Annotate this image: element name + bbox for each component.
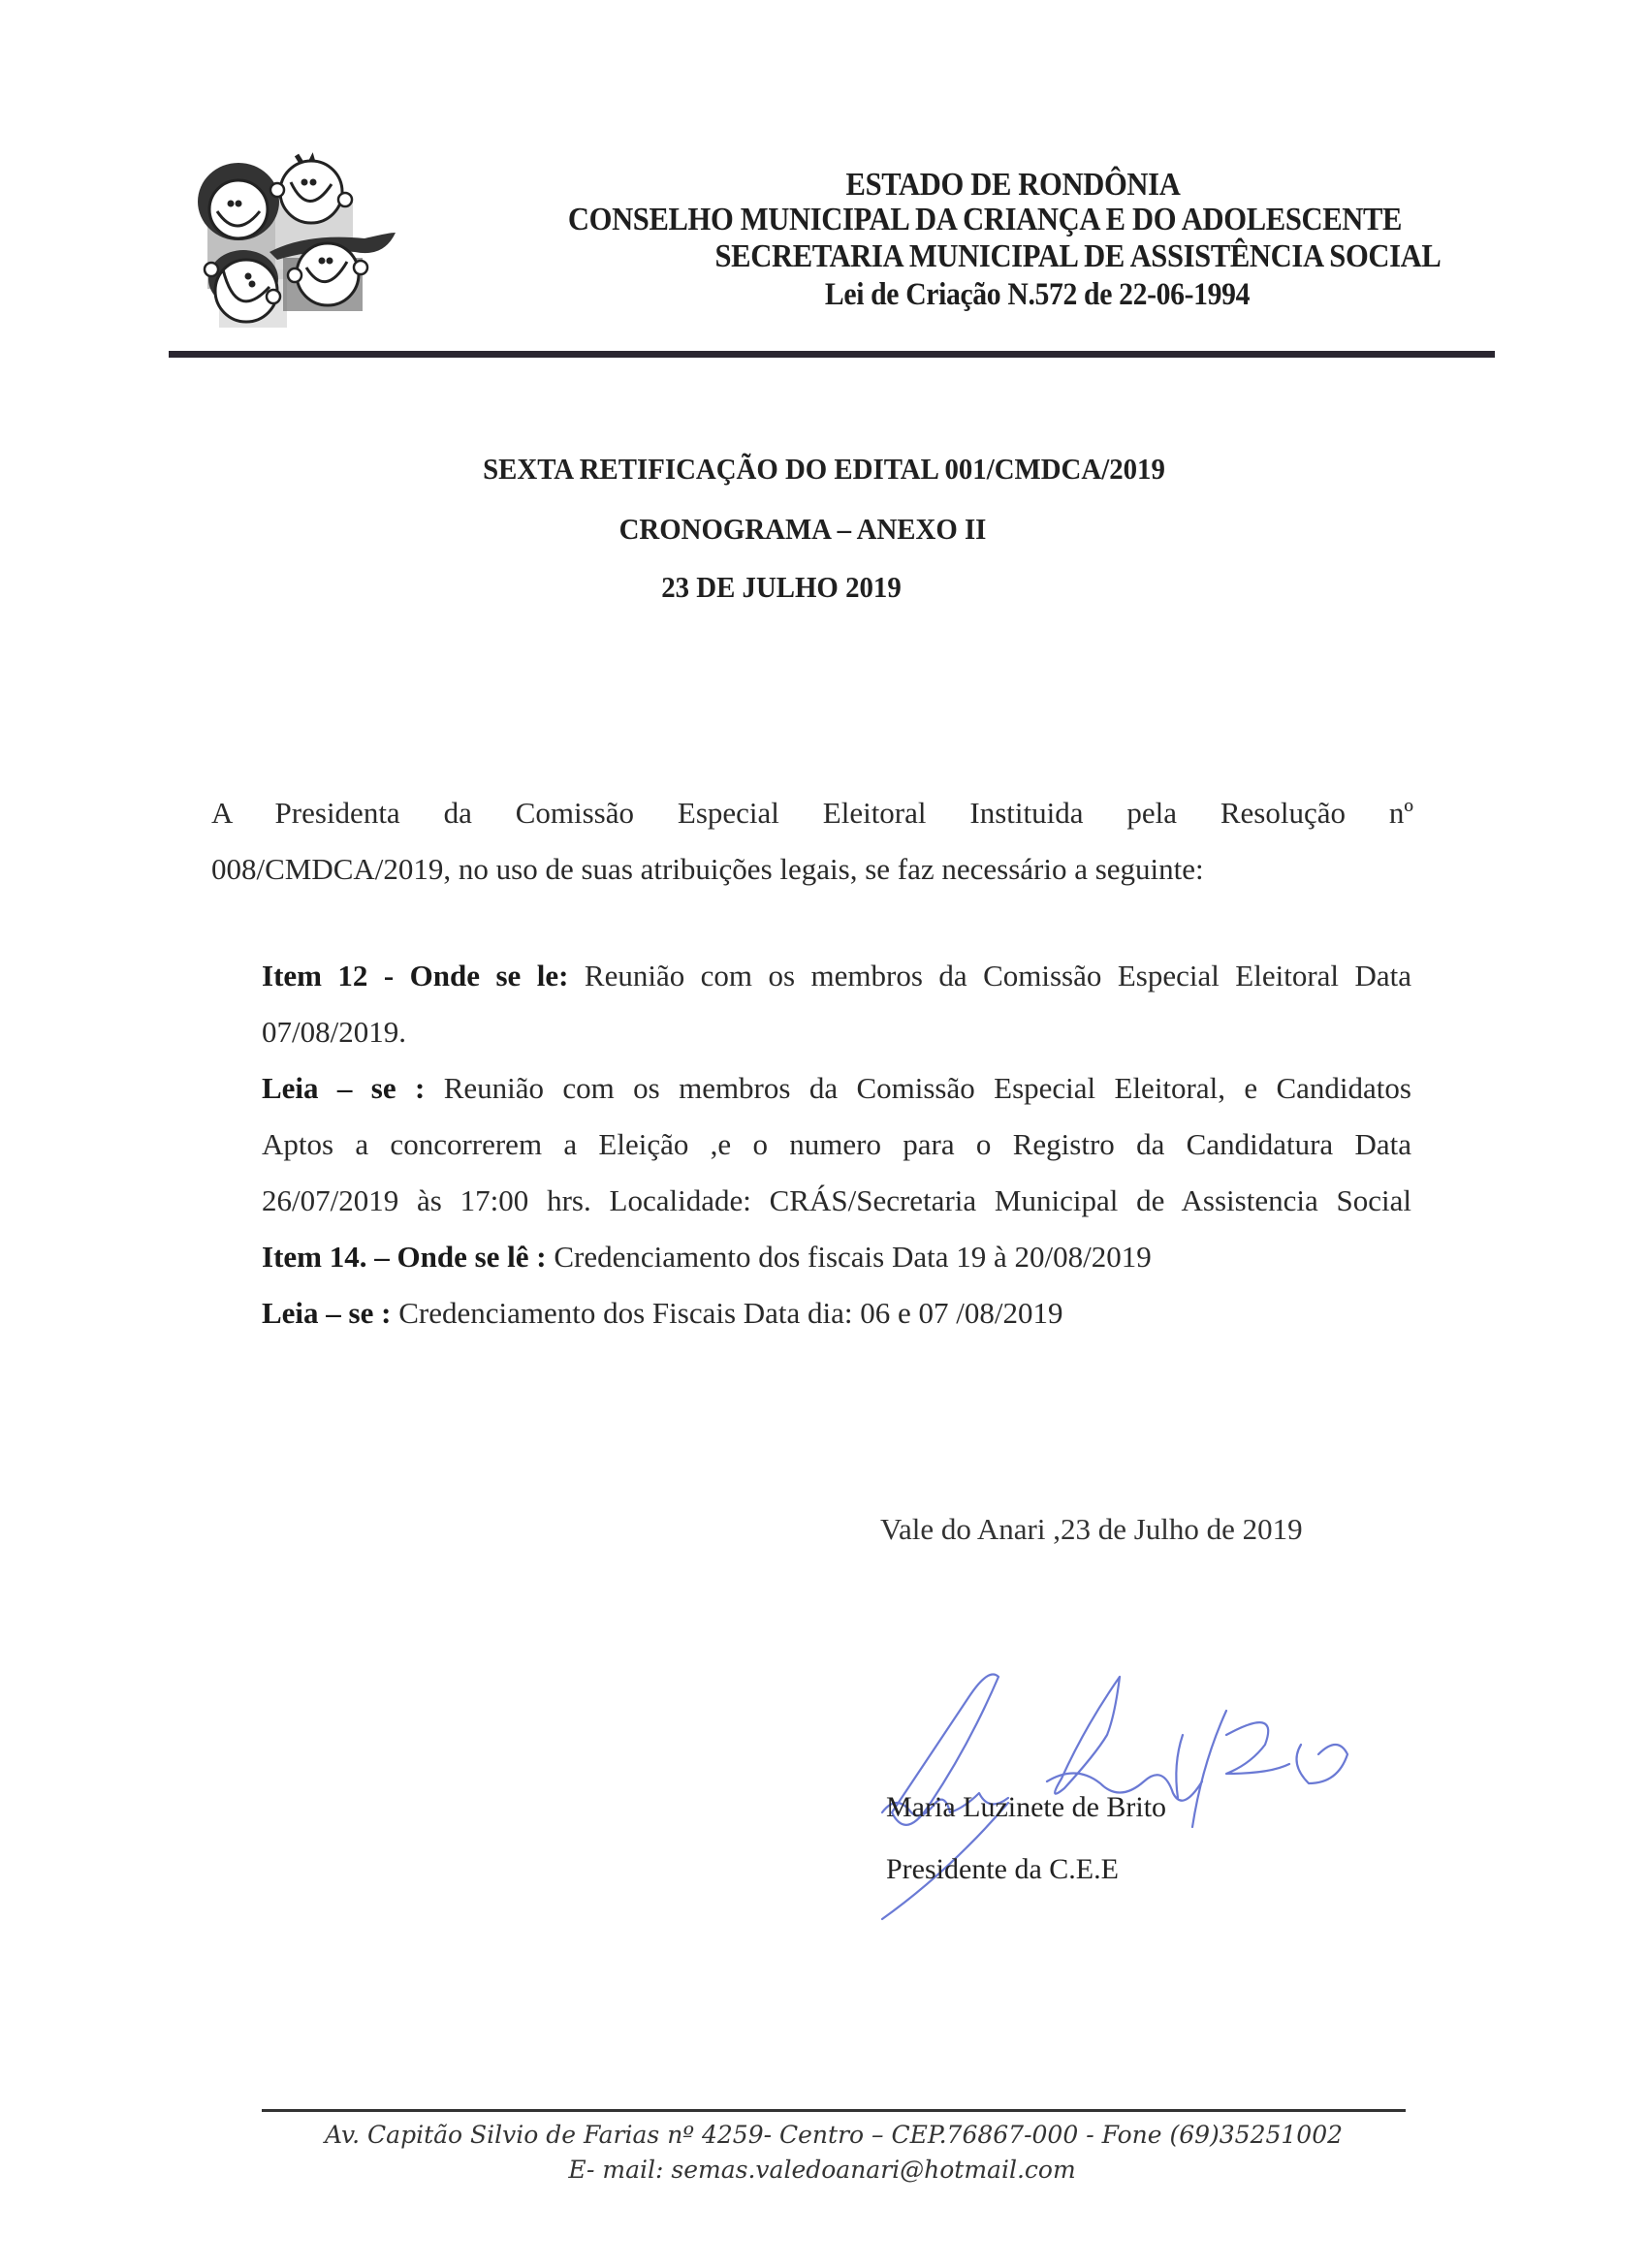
item-text: 07/08/2019.	[262, 1004, 1411, 1060]
signatory-name: Maria Luzinete de Brito	[886, 1791, 1166, 1824]
place-and-date: Vale do Anari ,23 de Julho de 2019	[880, 1512, 1303, 1547]
item-label: Item 14. – Onde se lê :	[262, 1240, 547, 1274]
intro-line-1: A Presidenta da Comissão Especial Eleito…	[211, 785, 1413, 841]
letterhead-secretariat: SECRETARIA MUNICIPAL DE ASSISTÊNCIA SOCI…	[336, 238, 1648, 275]
intro-paragraph: A Presidenta da Comissão Especial Eleito…	[211, 785, 1413, 898]
footer-email: E- mail: semas.valedoanari@hotmail.com	[0, 2156, 1646, 2184]
letterhead-divider	[169, 351, 1495, 358]
item-text: Credenciamento dos fiscais Data 19 à 20/…	[547, 1240, 1152, 1274]
item-text: Reunião com os membros da Comissão Espec…	[568, 959, 1411, 992]
intro-line-2: 008/CMDCA/2019, no uso de suas atribuiçõ…	[211, 852, 1204, 886]
item-12-corrected: Leia – se : Reunião com os membros da Co…	[262, 1060, 1411, 1229]
item-text: 26/07/2019 às 17:00 hrs. Localidade: CRÁ…	[262, 1173, 1411, 1229]
item-text: Reunião com os membros da Comissão Espec…	[425, 1071, 1411, 1105]
letterhead-council: CONSELHO MUNICIPAL DA CRIANÇA E DO ADOLE…	[243, 202, 1648, 238]
item-12-original: Item 12 - Onde se le: Reunião com os mem…	[262, 948, 1411, 1060]
signatory-role: Presidente da C.E.E	[886, 1853, 1119, 1886]
document-title: SEXTA RETIFICAÇÃO DO EDITAL 001/CMDCA/20…	[58, 452, 1591, 487]
rectification-items: Item 12 - Onde se le: Reunião com os mem…	[262, 948, 1411, 1341]
document-date: 23 DE JULHO 2019	[16, 570, 1548, 605]
footer-address: Av. Capitão Silvio de Farias nº 4259- Ce…	[10, 2121, 1648, 2149]
item-label: Item 12 - Onde se le:	[262, 959, 568, 992]
item-14-original: Item 14. – Onde se lê : Credenciamento d…	[262, 1229, 1411, 1285]
item-14-corrected: Leia – se : Credenciamento dos Fiscais D…	[262, 1285, 1411, 1341]
item-text: Aptos a concorrerem a Eleição ,e o numer…	[262, 1117, 1411, 1173]
footer-divider	[262, 2109, 1406, 2112]
letterhead-creation-law: Lei de Criação N.572 de 22-06-1994	[296, 277, 1648, 313]
item-label: Leia – se :	[262, 1296, 391, 1330]
item-label: Leia – se :	[262, 1071, 425, 1105]
letterhead-state: ESTADO DE RONDÔNIA	[271, 167, 1648, 204]
document-subtitle: CRONOGRAMA – ANEXO II	[37, 512, 1569, 547]
item-text: Credenciamento dos Fiscais Data dia: 06 …	[391, 1296, 1062, 1330]
